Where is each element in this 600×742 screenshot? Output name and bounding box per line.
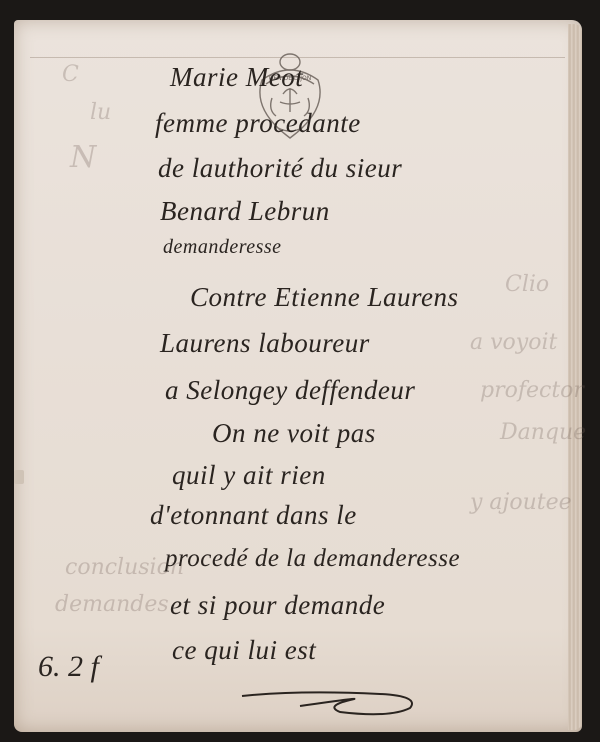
manuscript-line: On ne voit pas (212, 418, 376, 449)
bleed-through-text: N (70, 140, 96, 175)
manuscript-line: Marie Meot (170, 62, 303, 93)
bleed-through-text: demandes (55, 592, 169, 617)
manuscript-line: Benard Lebrun (160, 196, 330, 227)
binding-tab (14, 470, 24, 484)
closing-flourish-icon (240, 688, 425, 718)
manuscript-line: demanderesse (163, 236, 282, 259)
manuscript-line: quil y ait rien (172, 460, 326, 491)
manuscript-line: procedé de la demanderesse (165, 545, 460, 573)
manuscript-line: Contre Etienne Laurens (190, 282, 458, 313)
manuscript-line: d'etonnant dans le (150, 500, 357, 531)
manuscript-line: ce qui lui est (172, 635, 316, 666)
manuscript-line: Laurens laboureur (160, 328, 370, 359)
manuscript-line: a Selongey deffendeur (165, 375, 415, 406)
manuscript-line: de lauthorité du sieur (158, 153, 402, 184)
page-stack-edges (568, 24, 582, 730)
bleed-through-text: a voyoit (470, 330, 557, 355)
bleed-through-text: lu (90, 100, 111, 125)
bleed-through-text: Clio (505, 272, 549, 297)
bleed-through-text: y ajoutee (470, 490, 572, 515)
bleed-through-text: Danque (500, 420, 586, 445)
margin-note: 6. 2 f (38, 650, 99, 684)
bleed-through-text: profector (480, 378, 584, 403)
manuscript-line: et si pour demande (170, 590, 385, 621)
bleed-through-text: C (62, 62, 79, 87)
manuscript-line: femme procedante (155, 108, 361, 139)
